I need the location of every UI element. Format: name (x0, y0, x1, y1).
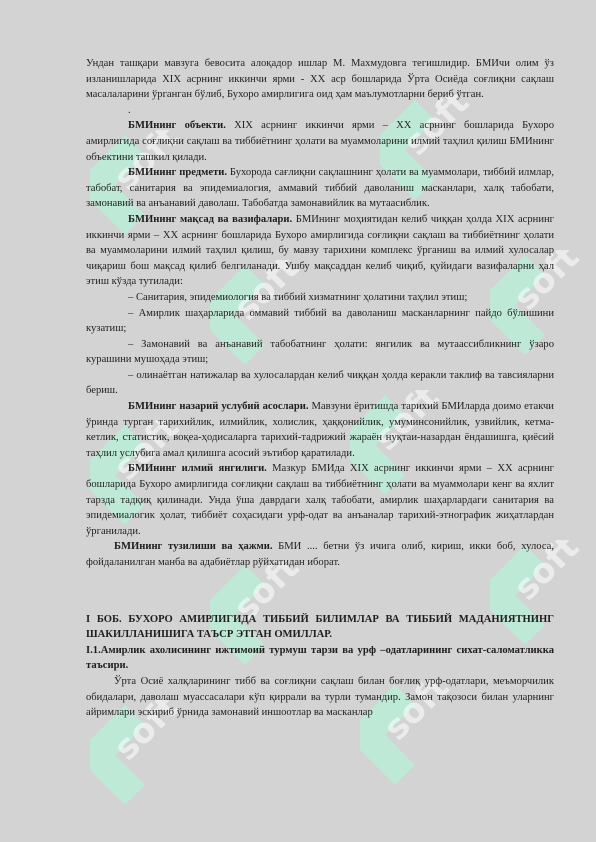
methodology-label: БМИнинг назарий услубий асослари. (128, 401, 309, 412)
stray-mark: . (86, 103, 554, 119)
task-item: – Замонавий ва анъанавий табобатнинг ҳол… (86, 337, 554, 368)
novelty-label: БМИнинг илмий янгилиги. (128, 463, 267, 474)
goals-paragraph: БМИнинг мақсад ва вазифалари. БМИнинг мо… (86, 212, 554, 290)
intro-paragraph: Ундан ташқари мавзуга бевосита алоқадор … (86, 56, 554, 103)
task-item: – Санитария, эпидемиология ва тиббий хиз… (86, 290, 554, 306)
spacer (86, 571, 554, 612)
task-item: – Амирлик шаҳарларида оммавий тиббий ва … (86, 306, 554, 337)
methodology-paragraph: БМИнинг назарий услубий асослари. Мавзун… (86, 399, 554, 461)
object-paragraph: БМИнинг объекти. XIX асрнинг иккинчи ярм… (86, 118, 554, 165)
object-label: БМИнинг объекти. (128, 120, 226, 131)
section-heading: I.1.Амирлик ахолисининг ижтимоий турмуш … (86, 643, 554, 674)
goals-label: БМИнинг мақсад ва вазифалари. (128, 214, 292, 225)
section-paragraph: Ўрта Осиё халқларининг тибб ва соғлиқни … (86, 674, 554, 721)
novelty-text: Мазкур БМИда XIX асрнинг иккинчи ярми – … (86, 463, 554, 536)
structure-paragraph: БМИнинг тузилиши ва ҳажми. БМИ .... бетн… (86, 539, 554, 570)
document-page: Ундан ташқари мавзуга бевосита алоқадор … (86, 56, 554, 721)
subject-label: БМИнинг предмети. (128, 167, 227, 178)
novelty-paragraph: БМИнинг илмий янгилиги. Мазкур БМИда XIX… (86, 461, 554, 539)
structure-label: БМИнинг тузилиши ва ҳажми. (114, 541, 272, 552)
task-item: – олинаётган натижалар ва хулосалардан к… (86, 368, 554, 399)
chapter-heading: I БОБ. БУХОРО АМИРЛИГИДА ТИББИЙ БИЛИМЛАР… (86, 612, 554, 643)
subject-paragraph: БМИнинг предмети. Бухорода сағлиқни сақл… (86, 165, 554, 212)
